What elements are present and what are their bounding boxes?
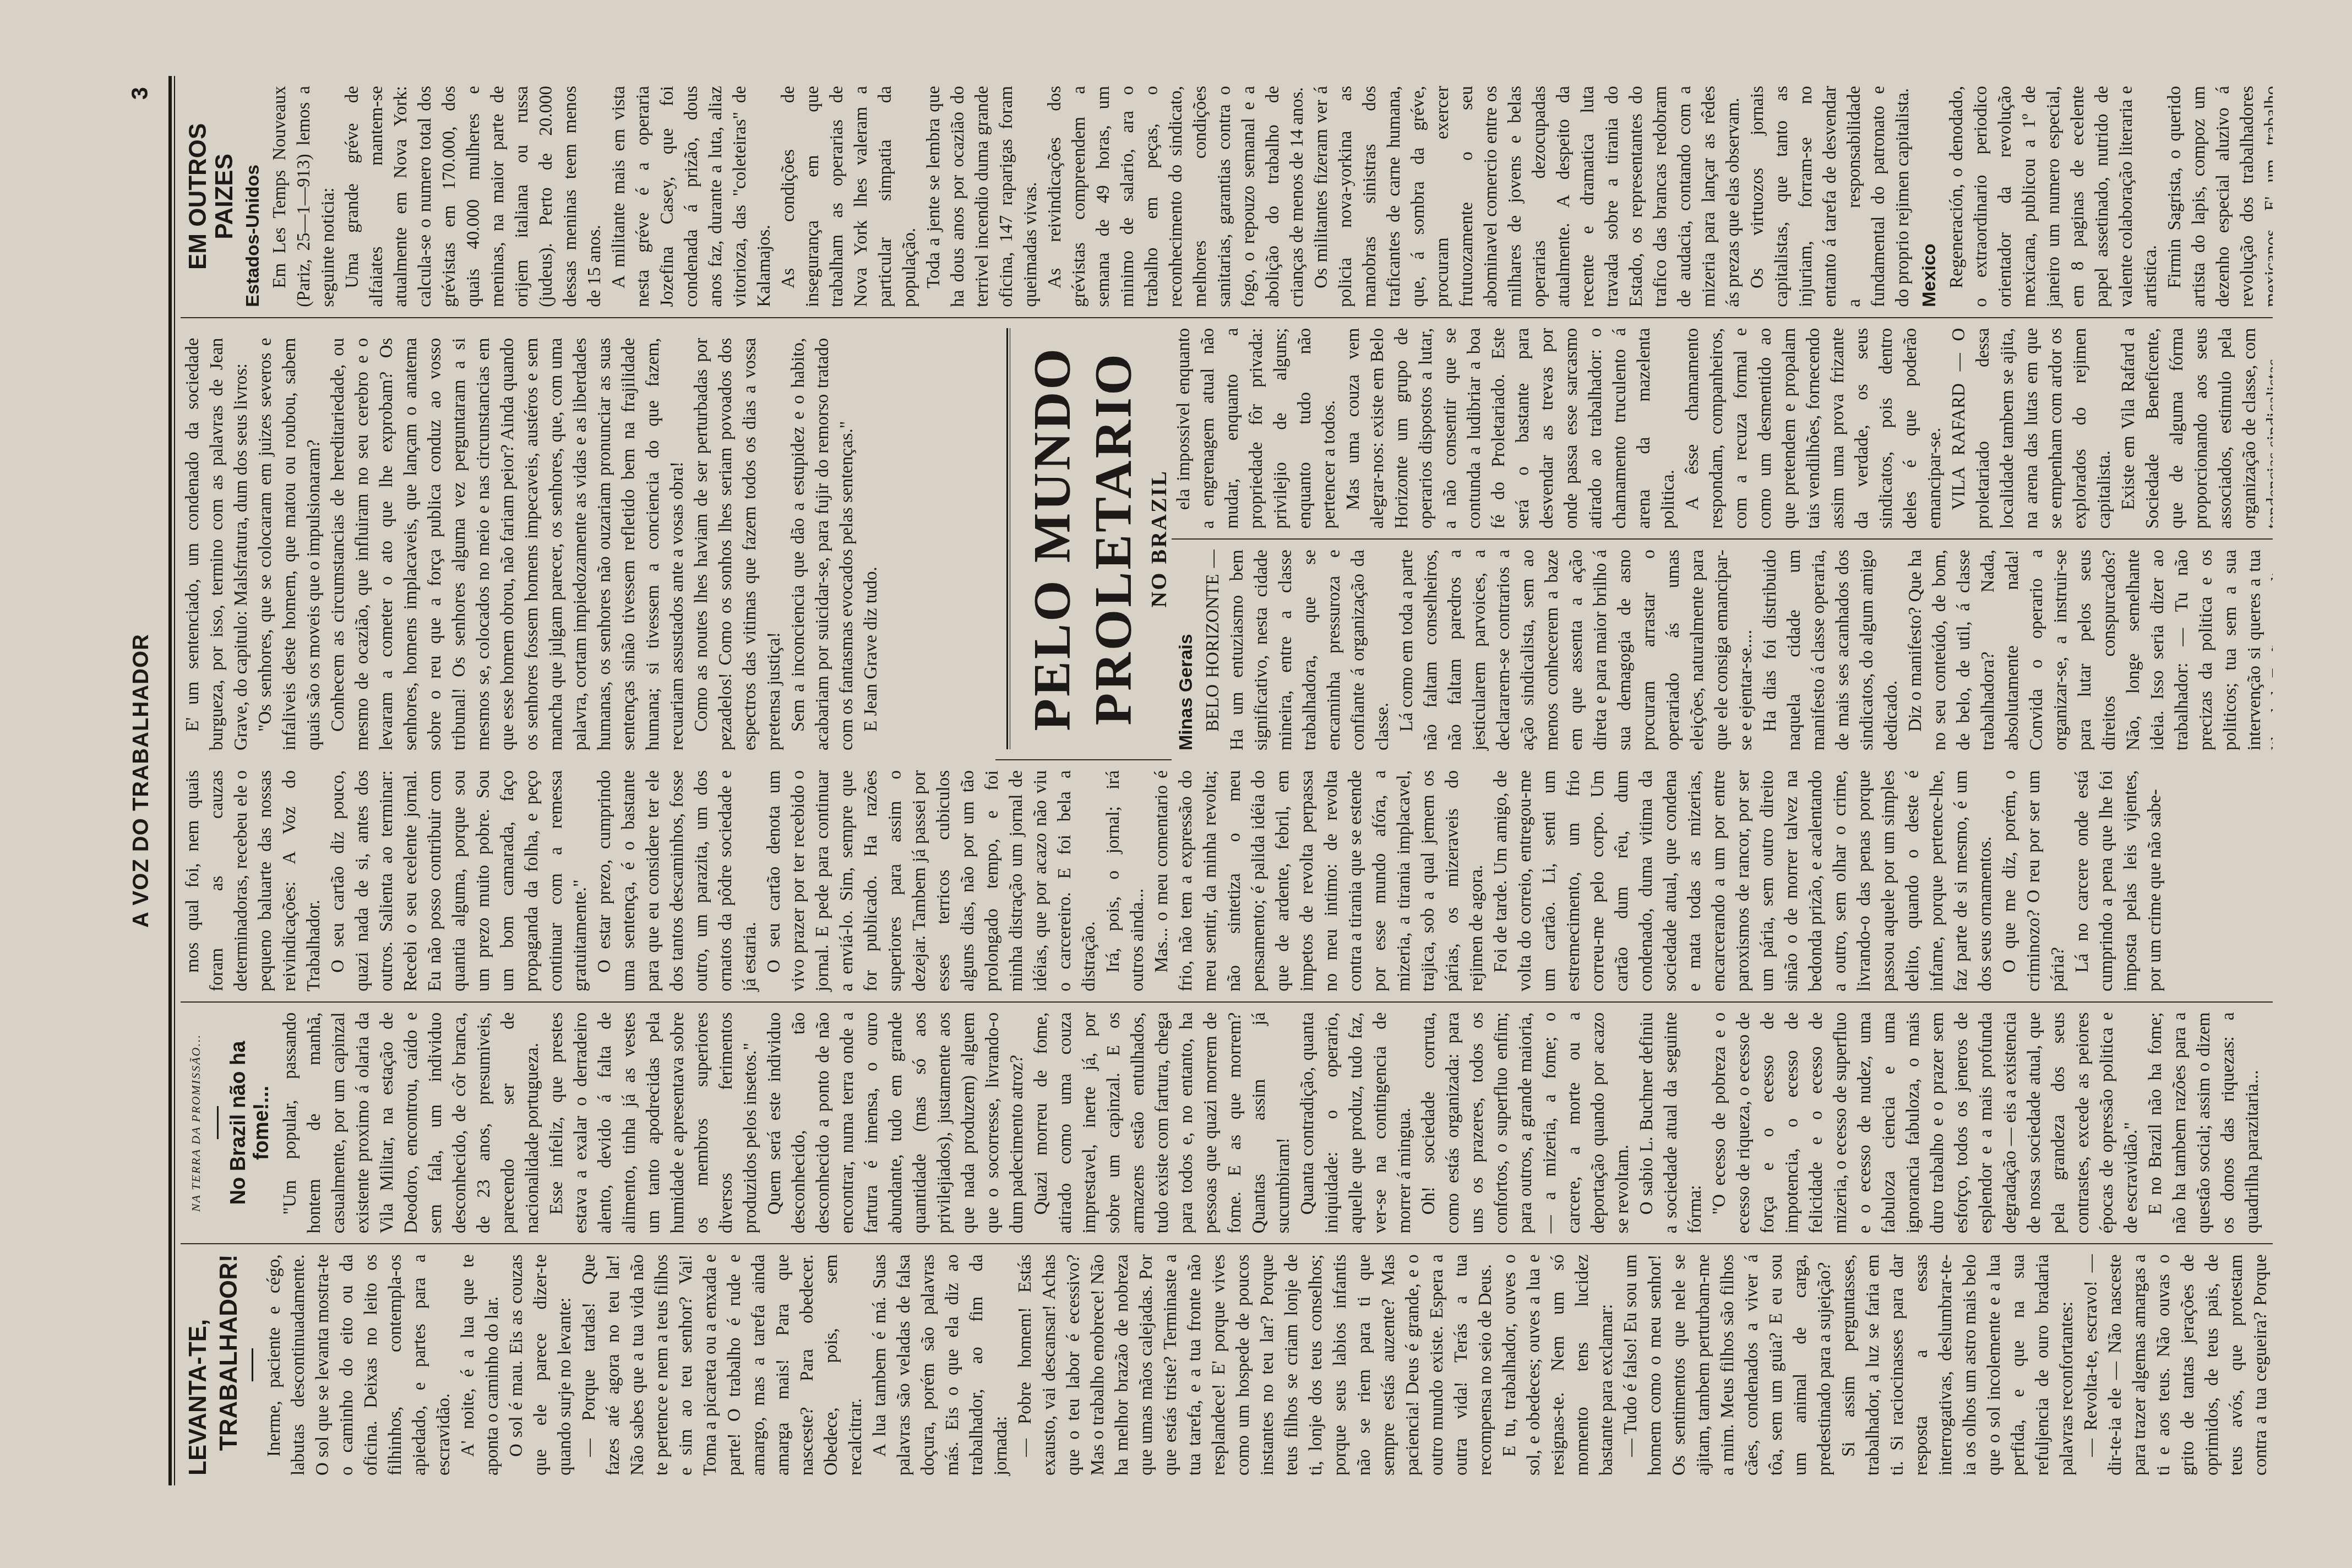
article-signature: Cecilius [2269,1012,2273,1234]
paragraph: Lá no carcere onde está cumprindo a pena… [2070,770,2167,992]
paragraph: Inerme, paciente e cégo, labutas descont… [262,1254,456,1476]
paragraph: O seu cartão denota um vivo prazer por t… [762,770,1101,992]
article-body: "Um popular, passando hontem de manhã, c… [278,1012,2264,1234]
article-heading-no-brazil: No Brazil não ha fome!... [227,1012,274,1234]
paragraph: mos qual foi, nem quais foram as cauzas … [181,770,326,992]
masthead: A VOZ DO TRABALHADOR 3 [127,76,165,1485]
paragraph: Uma grande gréve de alfaiates mantem-se … [340,86,607,307]
divider [217,1107,219,1140]
paragraph: "O ecesso de pobreza e o ecesso de rique… [1707,1012,2143,1234]
paragraph: Si assim perguntasses, trabalhador, a lu… [1837,1254,2079,1476]
paragraph: Toda a jente se lembra que ha dous anos … [922,86,1043,307]
article-body: mos qual foi, nem quais foram as cauzas … [181,770,2167,992]
section-subheading-no-brazil: NO BRAZIL [1146,328,1172,749]
article-heading-trabalhador: TRABALHADOR! [216,1254,242,1476]
banner-columns: Minas Gerais BELO HORIZONTE — Ha um entu… [1172,318,2273,760]
paragraph: A êsse chamamento respondam, companheiro… [1680,328,1947,529]
paragraph: Esse infeliz, que prestes estava a exala… [545,1012,763,1234]
column-levanta-te: LEVANTA-TE, TRABALHADOR! Inerme, pacient… [181,1244,2273,1485]
column-em-outros-paizes: EM OUTROS PAIZES Estados-Unidos Em Les T… [181,76,2273,318]
paragraph: A' noite, é a lua que te aponta o caminh… [456,1254,504,1476]
article-body: Regeneración, o denodado, o extraordinar… [1945,86,2273,307]
paragraph: BELO HORIZONTE — Ha um entuziasmo bem si… [1201,549,1395,750]
paragraph: O que me diz, porém, o criminozo? O reu … [1997,770,2070,992]
paragraph: "Um popular, passando hontem de manhã, c… [278,1012,545,1234]
article-body: Inerme, paciente e cégo, labutas descont… [262,1254,2273,1476]
paragraph: Oh! sociedade corruta, como estás organi… [1417,1012,1635,1234]
article-body: Em Les Temps Nouveaux (Pariz, 25—1—913) … [268,86,1915,307]
divider [1006,328,1010,749]
paragraph: Como as noutes lhes haviam de ser pertur… [689,338,786,750]
paragraph: Quem será este individuo desconhecido, t… [763,1012,1029,1234]
paragraph: — Porque tardas! Que fazes até agora no … [577,1254,868,1476]
paragraph: As condições de insegurança em que traba… [776,86,922,307]
section-heading-em-outros-paizes: EM OUTROS PAIZES [185,86,238,307]
paragraph: E' um sentenciado, um condenado da socie… [181,338,253,750]
paragraph: E tu, trabalhador, ouves o sol, e obedec… [1498,1254,1619,1476]
region-heading-estados-unidos: Estados-Unidos [243,86,263,307]
article-kicker: NA TERRA DA PROMISSÃO... [184,1012,208,1234]
paragraph: VILA RAFARD — O proletariado dessa local… [1947,328,2116,529]
article-body: ela impossivel enquanto a engrenagem atu… [1172,328,2273,529]
paragraph: Firmin Sagrista, o querido artista do la… [2163,86,2273,307]
region-heading-mexico: Mexico [1919,86,1940,307]
column-minas-gerais: Minas Gerais BELO HORIZONTE — Ha um entu… [1172,540,2273,760]
paragraph: — Tudo é falso! Eu sou um homem como o m… [1619,1254,1837,1476]
banner-section: PELO MUNDO PROLETARIO NO BRAZIL [995,318,1172,760]
paragraph: Os militantes fizeram ver á policia nova… [1309,86,1745,307]
column-jean-grave: E' um sentenciado, um condenado da socie… [181,318,995,760]
column-brazil-fome: NA TERRA DA PROMISSÃO... No Brazil não h… [181,1003,2273,1245]
paragraph: Quanta contradição, quanta iniquidade: o… [1295,1012,1417,1234]
masthead-rule [168,76,175,1485]
paragraph: Lá como em toda a parte não faltam conse… [1395,549,1758,750]
column-group-proletario: E' um sentenciado, um condenado da socie… [181,318,2273,760]
paragraph: Ha dias foi distribuido naquela cidade u… [1758,549,1903,750]
region-heading-minas-gerais: Minas Gerais [1176,549,1196,750]
section-heading-pelo-mundo-proletario: PELO MUNDO PROLETARIO [1021,328,1144,749]
paragraph: "Os senhores, que se colocaram em juizes… [253,338,326,750]
paragraph: E Jean Grave diz tudo. [859,338,883,750]
paragraph: Regeneración, o denodado, o extraordinar… [1945,86,2163,307]
paragraph: — Pobre homem! Estás exausto, vai descan… [1013,1254,1498,1476]
newspaper-sheet: A VOZ DO TRABALHADOR 3 LEVANTA-TE, TRABA… [0,0,2352,1568]
paragraph: Irá, pois, o jornal; irá outros ainda... [1101,770,1150,992]
page-number: 3 [127,87,153,100]
paragraph: O seu cartão diz pouco, quazi nada de si… [326,770,592,992]
paragraph: Mas... o meu comentario é frio, não tem … [1150,770,1489,992]
paragraph: As reivindicações dos grévistas compreen… [1043,86,1309,307]
paragraph: ela impossivel enquanto a engrenagem atu… [1172,328,1341,529]
paragraph: Mas uma couza vem alegrar-nos: existe em… [1341,328,1680,529]
paragraph: Existe em Vila Rafard a Sociedade Benefi… [2116,328,2273,529]
paragraph: O estar prezo, cumprindo uma sentença, é… [592,770,762,992]
paragraph: A militante mais em vista nesta gréve é … [607,86,776,307]
article-body: E' um sentenciado, um condenado da socie… [181,328,995,750]
paragraph: Diz o manifesto? Que ha no seu conteúdo,… [1903,549,2273,750]
paragraph: O sabio L. Buchner definiu a sociedade a… [1635,1012,1707,1234]
divider [252,1348,253,1381]
newspaper-page: A VOZ DO TRABALHADOR 3 LEVANTA-TE, TRABA… [127,76,2296,1485]
paragraph: Os virtuozos jornais capitalistas, que t… [1745,86,1915,307]
paragraph: O sol é mau. Eis as couzas que ele parec… [504,1254,577,1476]
paragraph: E no Brazil não ha fome; não ha tambem r… [2143,1012,2264,1234]
article-heading-levanta-te: LEVANTA-TE, [185,1254,211,1476]
column-tribunal-continued: mos qual foi, nem quais foram as cauzas … [181,760,2273,1003]
column-sao-paulo-parana: ela impossivel enquanto a engrenagem atu… [1172,318,2273,540]
article-body: BELO HORIZONTE — Ha um entuziasmo bem si… [1201,549,2273,750]
columns: LEVANTA-TE, TRABALHADOR! Inerme, pacient… [181,76,2273,1485]
paragraph: Sem a inconciencia que dão a estupidez e… [786,338,859,750]
newspaper-title: A VOZ DO TRABALHADOR [129,76,154,1485]
paragraph: Foi de tarde. Um amigo, de volta do corr… [1489,770,1997,992]
paragraph: Em Les Temps Nouveaux (Pariz, 25—1—913) … [268,86,340,307]
paragraph: Conhecem as circumstancias de hereditari… [326,338,689,750]
paragraph: Quazi morreu de fome, atirado como uma c… [1029,1012,1295,1234]
paragraph: A lua tambem é má. Suas palavras são vel… [868,1254,1013,1476]
paragraph: — Revolta-te, escravo! — dir-te-ia ele —… [2079,1254,2273,1476]
